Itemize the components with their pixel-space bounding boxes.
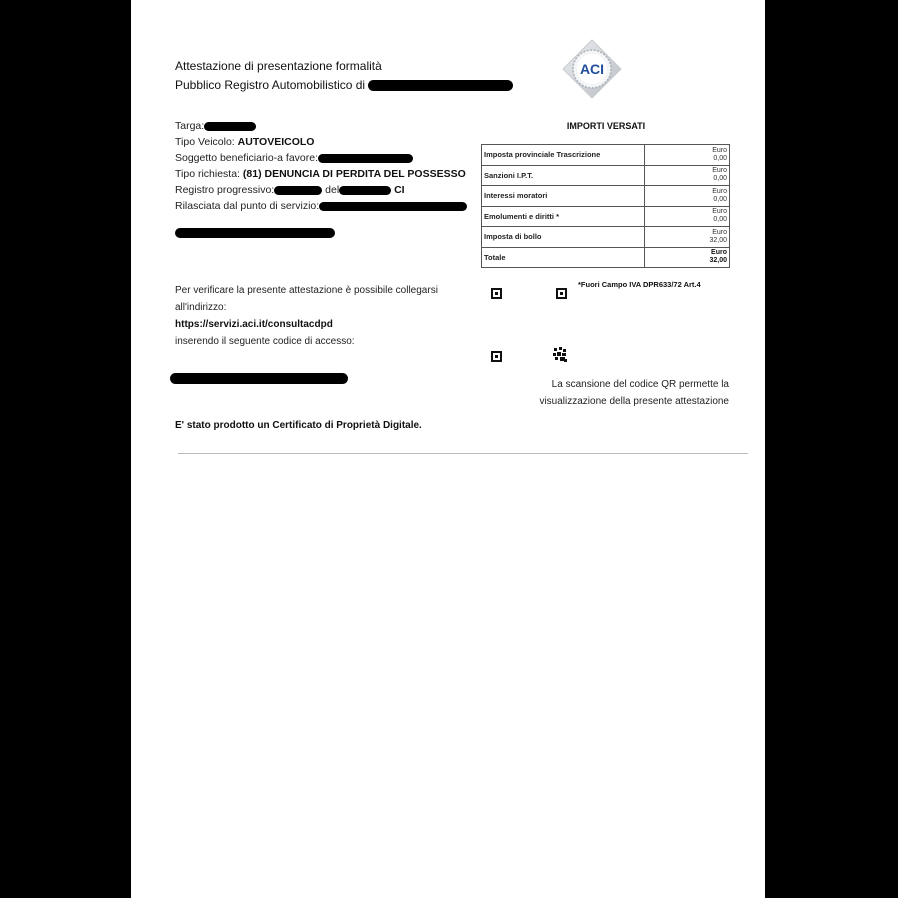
tipo-veicolo-value: AUTOVEICOLO bbox=[238, 136, 315, 148]
importi-currency: Euro bbox=[647, 249, 727, 257]
redacted-city bbox=[368, 80, 513, 91]
soggetto-label: Soggetto beneficiario-a favore: bbox=[175, 152, 318, 164]
redacted-punto-servizio bbox=[319, 202, 467, 211]
tipo-richiesta-label: Tipo richiesta: bbox=[175, 168, 240, 180]
importi-label: Interessi moratori bbox=[482, 186, 645, 207]
rilasciata-label: Rilasciata dal punto di servizio: bbox=[175, 200, 319, 212]
document-title: Attestazione di presentazione formalità bbox=[175, 58, 382, 74]
importi-label: Sanzioni I.P.T. bbox=[482, 165, 645, 186]
importi-label: Imposta di bollo bbox=[482, 227, 645, 248]
importi-amount: Euro0,00 bbox=[645, 145, 730, 166]
importi-table: Imposta provinciale TrascrizioneEuro0,00… bbox=[481, 144, 730, 268]
redacted-access-code bbox=[170, 370, 348, 388]
certificate-notice: E' stato prodotto un Certificato di Prop… bbox=[175, 420, 422, 431]
importi-value: 32,00 bbox=[647, 237, 727, 245]
registro-suffix: CI bbox=[394, 184, 405, 196]
qr-finder-bottom-left-icon bbox=[491, 351, 502, 362]
targa-label: Targa: bbox=[175, 120, 204, 132]
importi-currency: Euro bbox=[647, 147, 727, 155]
field-targa: Targa: bbox=[175, 119, 256, 135]
verify-line1: Per verificare la presente attestazione … bbox=[175, 282, 438, 299]
field-tipo-richiesta: Tipo richiesta: (81) DENUNCIA DI PERDITA… bbox=[175, 167, 466, 183]
importi-amount: Euro0,00 bbox=[645, 206, 730, 227]
redacted-targa bbox=[204, 122, 256, 131]
importi-label: Totale bbox=[482, 247, 645, 268]
importi-value: 0,00 bbox=[647, 196, 727, 204]
verify-line2: all'indirizzo: bbox=[175, 299, 226, 316]
aci-logo: ACI bbox=[561, 38, 623, 100]
svg-text:ACI: ACI bbox=[580, 61, 604, 77]
verify-line3: inserendo il seguente codice di accesso: bbox=[175, 333, 355, 350]
tipo-richiesta-value: (81) DENUNCIA DI PERDITA DEL POSSESSO bbox=[243, 168, 466, 180]
importi-amount: Euro32,00 bbox=[645, 227, 730, 248]
importi-currency: Euro bbox=[647, 188, 727, 196]
registry-title-text: Pubblico Registro Automobilistico di bbox=[175, 78, 365, 92]
importi-label: Imposta provinciale Trascrizione bbox=[482, 145, 645, 166]
importi-currency: Euro bbox=[647, 229, 727, 237]
importi-currency: Euro bbox=[647, 208, 727, 216]
importi-value: 0,00 bbox=[647, 175, 727, 183]
qr-finder-top-right-icon bbox=[556, 288, 567, 299]
redacted-soggetto bbox=[318, 154, 413, 163]
qr-finder-top-left-icon bbox=[491, 288, 502, 299]
qr-data-icon bbox=[552, 347, 568, 363]
verify-url-link[interactable]: https://servizi.aci.it/consultacdpd bbox=[175, 316, 333, 333]
aci-logo-icon: ACI bbox=[561, 38, 623, 100]
importi-value: 32,00 bbox=[647, 257, 727, 265]
document-page: Attestazione di presentazione formalità … bbox=[131, 0, 765, 898]
divider bbox=[178, 453, 748, 454]
importi-row: Emolumenti e diritti *Euro0,00 bbox=[482, 206, 730, 227]
importi-title: IMPORTI VERSATI bbox=[474, 121, 738, 131]
importi-amount: Euro32,00 bbox=[645, 247, 730, 268]
importi-row: Interessi moratoriEuro0,00 bbox=[482, 186, 730, 207]
tipo-veicolo-label: Tipo Veicolo: bbox=[175, 136, 235, 148]
field-registro: Registro progressivo: del CI bbox=[175, 183, 405, 199]
importi-row: Imposta di bolloEuro32,00 bbox=[482, 227, 730, 248]
importi-value: 0,00 bbox=[647, 155, 727, 163]
field-soggetto: Soggetto beneficiario-a favore: bbox=[175, 151, 413, 167]
importi-currency: Euro bbox=[647, 167, 727, 175]
importi-amount: Euro0,00 bbox=[645, 186, 730, 207]
redacted-registro-date bbox=[339, 186, 391, 195]
importi-amount: Euro0,00 bbox=[645, 165, 730, 186]
importi-value: 0,00 bbox=[647, 216, 727, 224]
importi-label: Emolumenti e diritti * bbox=[482, 206, 645, 227]
registro-label: Registro progressivo: bbox=[175, 184, 274, 196]
field-tipo-veicolo: Tipo Veicolo: AUTOVEICOLO bbox=[175, 135, 314, 151]
registro-del: del bbox=[325, 184, 339, 196]
registry-title: Pubblico Registro Automobilistico di bbox=[175, 77, 513, 93]
qr-caption-line2: visualizzazione della presente attestazi… bbox=[511, 394, 729, 410]
iva-note: *Fuori Campo IVA DPR633/72 Art.4 bbox=[578, 280, 701, 289]
qr-caption-line1: La scansione del codice QR permette la bbox=[511, 377, 729, 393]
importi-row: Sanzioni I.P.T.Euro0,00 bbox=[482, 165, 730, 186]
importi-row: Imposta provinciale TrascrizioneEuro0,00 bbox=[482, 145, 730, 166]
redacted-punto-servizio-line2 bbox=[175, 224, 335, 242]
field-rilasciata: Rilasciata dal punto di servizio: bbox=[175, 199, 467, 215]
redacted-registro-number bbox=[274, 186, 322, 195]
importi-row: TotaleEuro32,00 bbox=[482, 247, 730, 268]
